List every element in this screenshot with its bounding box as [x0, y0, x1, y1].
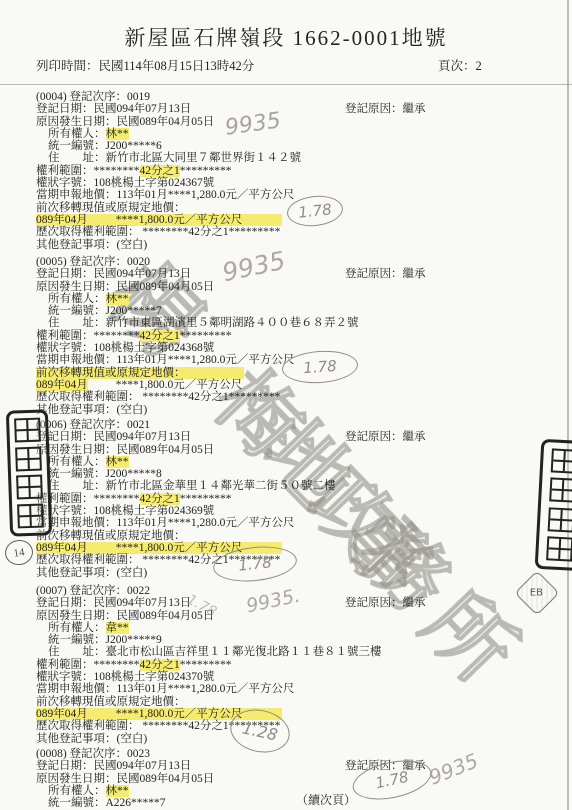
- seal-glyph: [14, 417, 41, 442]
- field-owner: 所有權人：韋**: [36, 622, 541, 634]
- scan-edge-artifact: [567, 0, 569, 810]
- field-cert-no: 權狀字號：108桃楊土字第024369號: [36, 505, 541, 517]
- field-address: 住 址：新竹市北區大同里７鄰世界街１４２號: [36, 152, 541, 164]
- field-rights: 權利範圍：********42分之1*********: [36, 659, 541, 671]
- field-cause-date: 原因發生日期：民國089年04月05日: [36, 610, 541, 622]
- seal-glyph: [549, 478, 572, 503]
- entry-heading: (0006) 登記次序：0021: [36, 419, 541, 431]
- rights-share-highlighted: 42分之1: [140, 659, 180, 671]
- page-title: 新屋區石牌嶺段 1662-0001地號: [0, 22, 572, 52]
- header-divider: [0, 84, 572, 85]
- field-cert-no: 權狀字號：108桃楊土字第024368號: [36, 342, 541, 354]
- circled-number-stamp: 14: [3, 538, 34, 567]
- field-cause-date: 原因發生日期：民國089年04月05日: [36, 281, 541, 293]
- field-reg-reason: 登記原因：繼承: [345, 268, 426, 280]
- field-uid: 統一編號：J200*****9: [36, 634, 541, 646]
- owner-name-highlighted: 林**: [106, 128, 129, 140]
- field-cause-date: 原因發生日期：民國089年04月05日: [36, 444, 541, 456]
- entry-heading: (0005) 登記次序：0020: [36, 256, 541, 268]
- field-cert-no: 權狀字號：108桃楊土字第024367號: [36, 177, 541, 189]
- field-address: 住 址：臺北市松山區吉祥里１１鄰光復北路１１巷８１號三樓: [36, 646, 541, 658]
- seal-glyph: [17, 504, 44, 529]
- field-reg-date: 登記日期：民國094年07月13日: [36, 103, 541, 115]
- seal-glyph: [16, 475, 43, 500]
- field-declared-value: 當期申報地價：113年01月****1,280.0元／平方公尺: [36, 189, 541, 201]
- registration-entry-0004: 登記原因：繼承 (0004) 登記次序：0019 登記日期：民國094年07月1…: [36, 91, 541, 251]
- field-rights: 權利範圍：********42分之1*********: [36, 493, 541, 505]
- field-cert-no: 權狀字號：108桃楊土字第024370號: [36, 671, 541, 683]
- field-reg-reason: 登記原因：繼承: [345, 103, 426, 115]
- owner-name-highlighted: 林**: [106, 456, 129, 468]
- field-other-notes: 其他登記事項：(空白): [36, 239, 541, 251]
- owner-name-highlighted: 韋**: [106, 622, 129, 634]
- field-history-rights: 歷次取得權利範圍： ********42分之1*********: [36, 226, 541, 238]
- field-reg-reason: 登記原因：繼承: [345, 597, 426, 609]
- rights-share-highlighted: 42分之1: [140, 165, 180, 177]
- field-rights: 權利範圍：********42分之1*********: [36, 330, 541, 342]
- field-address: 住 址：新竹市北區金華里１４鄰光華二街５０號二樓: [36, 480, 541, 492]
- prev-date-highlighted: 089年04月: [36, 379, 88, 391]
- owner-label: 所有權人：: [48, 456, 106, 468]
- field-history-rights: 歷次取得權利範圍： ********42分之1*********: [36, 391, 541, 403]
- right-seal-stamp: [535, 439, 572, 571]
- owner-label: 所有權人：: [48, 622, 106, 634]
- seal-glyph: [551, 448, 572, 473]
- owner-label: 所有權人：: [48, 293, 106, 305]
- prev-label-highlighted: 前次移轉現值或原規定地價：: [36, 367, 244, 379]
- field-uid: 統一編號：J200*****8: [36, 468, 541, 480]
- field-reg-reason: 登記原因：繼承: [345, 431, 426, 443]
- scanned-land-register-page: 新屋區石牌嶺段 1662-0001地號 列印時間：民國114年08月15日13時…: [0, 0, 572, 810]
- field-owner: 所有權人：林**: [36, 128, 541, 140]
- field-reg-date: 登記日期：民國094年07月13日: [36, 431, 541, 443]
- field-other-notes: 其他登記事項：(空白): [36, 404, 541, 416]
- field-reg-date: 登記日期：民國094年07月13日: [36, 268, 541, 280]
- field-rights: 權利範圍：********42分之1*********: [36, 165, 541, 177]
- field-owner: 所有權人：林**: [36, 785, 541, 797]
- field-prev-value: 089年04月****1,800.0元／平方公尺: [36, 708, 541, 720]
- seal-glyph: [548, 507, 572, 532]
- field-prev-value-label: 前次移轉現值或原規定地價：: [36, 696, 541, 708]
- entry-heading: (0004) 登記次序：0019: [36, 91, 541, 103]
- field-declared-value: 當期申報地價：113年01月****1,280.0元／平方公尺: [36, 683, 541, 695]
- field-declared-value: 當期申報地價：113年01月****1,280.0元／平方公尺: [36, 517, 541, 529]
- prev-value-highlighted: 089年04月****1,800.0元／平方公尺: [36, 214, 282, 226]
- field-address: 住 址：新竹市東區湖濱里５鄰明湖路４００巷６８弄２號: [36, 317, 541, 329]
- rights-share-highlighted: 42分之1: [140, 330, 180, 342]
- field-owner: 所有權人：林**: [36, 293, 541, 305]
- seal-glyph: [546, 537, 572, 562]
- page-number: 頁次：2: [438, 56, 482, 74]
- field-prev-value-label: 前次移轉現值或原規定地價：: [36, 530, 541, 542]
- rights-share-highlighted: 42分之1: [140, 493, 180, 505]
- left-seal-stamp: [6, 409, 52, 536]
- print-time: 列印時間：民國114年08月15日13時42分: [36, 56, 254, 74]
- owner-name-highlighted: 林**: [106, 293, 129, 305]
- owner-label: 所有權人：: [48, 785, 106, 797]
- owner-label: 所有權人：: [48, 128, 106, 140]
- owner-name-highlighted: 林**: [106, 785, 129, 797]
- field-uid: 統一編號：J200*****7: [36, 305, 541, 317]
- seal-glyph: [15, 446, 42, 471]
- field-uid: 統一編號：A226*****7: [36, 797, 541, 809]
- field-uid: 統一編號：J200*****6: [36, 140, 541, 152]
- field-prev-value: 089年04月****1,800.0元／平方公尺: [36, 379, 541, 391]
- continued-next-page: （續次頁）: [296, 791, 356, 808]
- registration-entry-0005: 登記原因：繼承 (0005) 登記次序：0020 登記日期：民國094年07月1…: [36, 256, 541, 416]
- field-cause-date: 原因發生日期：民國089年04月05日: [36, 116, 541, 128]
- field-owner: 所有權人：林**: [36, 456, 541, 468]
